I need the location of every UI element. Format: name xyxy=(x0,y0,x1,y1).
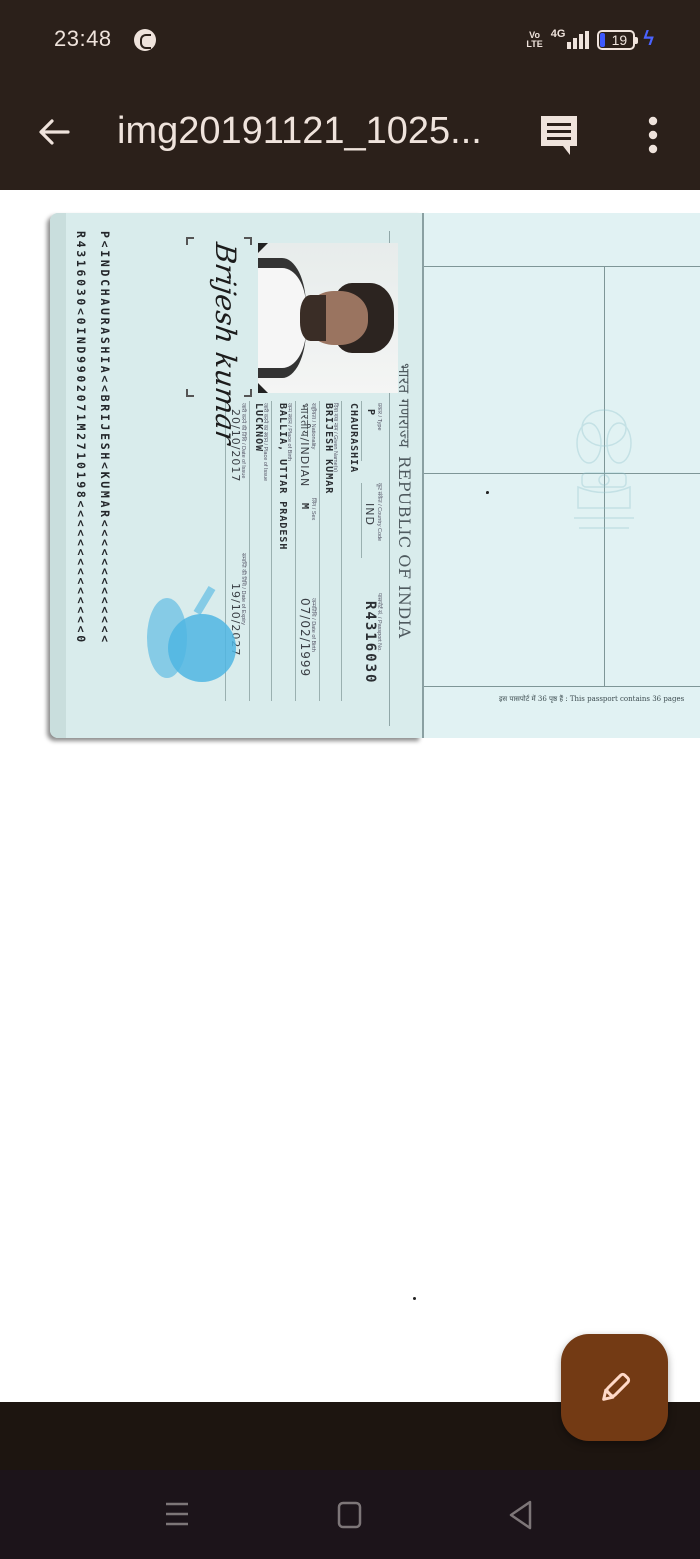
recents-menu-icon xyxy=(155,1492,199,1536)
file-title: img20191121_1025... xyxy=(117,110,482,153)
network-type: 4G xyxy=(551,28,566,40)
status-indicators: VoLTE 4G 19 ϟ xyxy=(526,28,654,51)
more-vert-icon xyxy=(636,112,670,156)
holder-photo xyxy=(258,243,398,393)
passport-header: भारत गणराज्यREPUBLIC OF INDIA xyxy=(394,363,414,639)
edit-fab[interactable] xyxy=(561,1334,668,1441)
ghost-image xyxy=(142,578,252,688)
home-square-icon xyxy=(327,1492,371,1536)
nationality: भारतीय/INDIAN xyxy=(297,403,312,487)
date-of-birth: 07/02/1999 xyxy=(298,598,312,677)
app-header: 23:48 VoLTE 4G 19 ϟ img20191121_1025... xyxy=(0,0,700,190)
passport-number: R4316030 xyxy=(362,601,378,684)
place-of-issue: LUCKNOW xyxy=(253,403,264,452)
image-viewer[interactable]: इस पासपोर्ट में 36 पृष्ठ हैं : This pass… xyxy=(0,190,700,1402)
phone-call-icon xyxy=(134,29,156,51)
passport-data-content: भारत गणराज्यREPUBLIC OF INDIA प्रकार / T… xyxy=(50,213,422,738)
volte-icon: VoLTE xyxy=(526,31,542,49)
given-names: BRIJESH KUMAR xyxy=(323,403,334,494)
charging-icon: ϟ xyxy=(643,28,654,51)
sex: M xyxy=(299,503,310,510)
place-of-birth: BALLIA, UTTAR PRADESH xyxy=(277,403,288,550)
system-nav-bar xyxy=(0,1470,700,1559)
country-code: IND xyxy=(363,503,376,526)
passport-type: P xyxy=(365,409,376,416)
pages-note: इस पासपोर्ट में 36 पृष्ठ हैं : This pass… xyxy=(499,695,684,704)
national-emblem-watermark xyxy=(564,398,644,548)
back-button[interactable] xyxy=(34,112,74,152)
recents-button[interactable] xyxy=(155,1492,199,1536)
passport-scan-image: इस पासपोर्ट में 36 पृष्ठ हैं : This pass… xyxy=(50,213,700,738)
battery-icon: 19 xyxy=(597,30,635,50)
mrz-line-2: R4316030<0IND9902071M2710198<<<<<<<<<<<<… xyxy=(74,231,88,645)
back-triangle-icon xyxy=(499,1492,543,1536)
arrow-back-icon xyxy=(34,112,74,152)
holder-signature: Brijesh kumar xyxy=(209,241,242,447)
edit-pencil-icon xyxy=(595,1368,635,1408)
home-button[interactable] xyxy=(327,1492,371,1536)
passport-blank-page: इस पासपोर्ट में 36 पृष्ठ हैं : This pass… xyxy=(422,213,700,738)
signal-icon xyxy=(567,31,589,49)
battery-level: 19 xyxy=(612,32,628,48)
nav-back-button[interactable] xyxy=(499,1492,543,1536)
comment-icon xyxy=(536,112,582,158)
status-time: 23:48 xyxy=(54,26,112,52)
surname: CHAURASHIA xyxy=(348,403,359,473)
comments-button[interactable] xyxy=(536,112,582,158)
mrz-line-1: P<INDCHAURASHIA<<BRIJESH<KUMAR<<<<<<<<<<… xyxy=(98,231,112,645)
more-options-button[interactable] xyxy=(636,112,670,156)
